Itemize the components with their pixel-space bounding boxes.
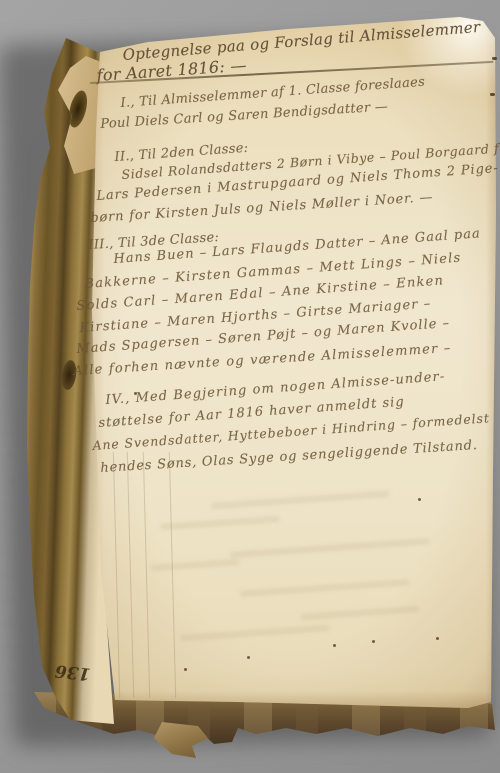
page-number: 136	[54, 660, 91, 684]
foxing-speck	[436, 637, 439, 640]
foxing-speck	[372, 640, 375, 643]
edge-tear-mark	[492, 57, 497, 60]
foxing-speck	[247, 656, 250, 659]
photo-backdrop: Optegnelse paa og Forslag til Almisselem…	[0, 0, 500, 773]
foxing-speck	[333, 644, 336, 647]
foxing-speck	[418, 498, 421, 501]
edge-tear-mark	[490, 93, 495, 96]
foxing-speck	[184, 668, 187, 671]
foxing-speck	[134, 392, 137, 395]
